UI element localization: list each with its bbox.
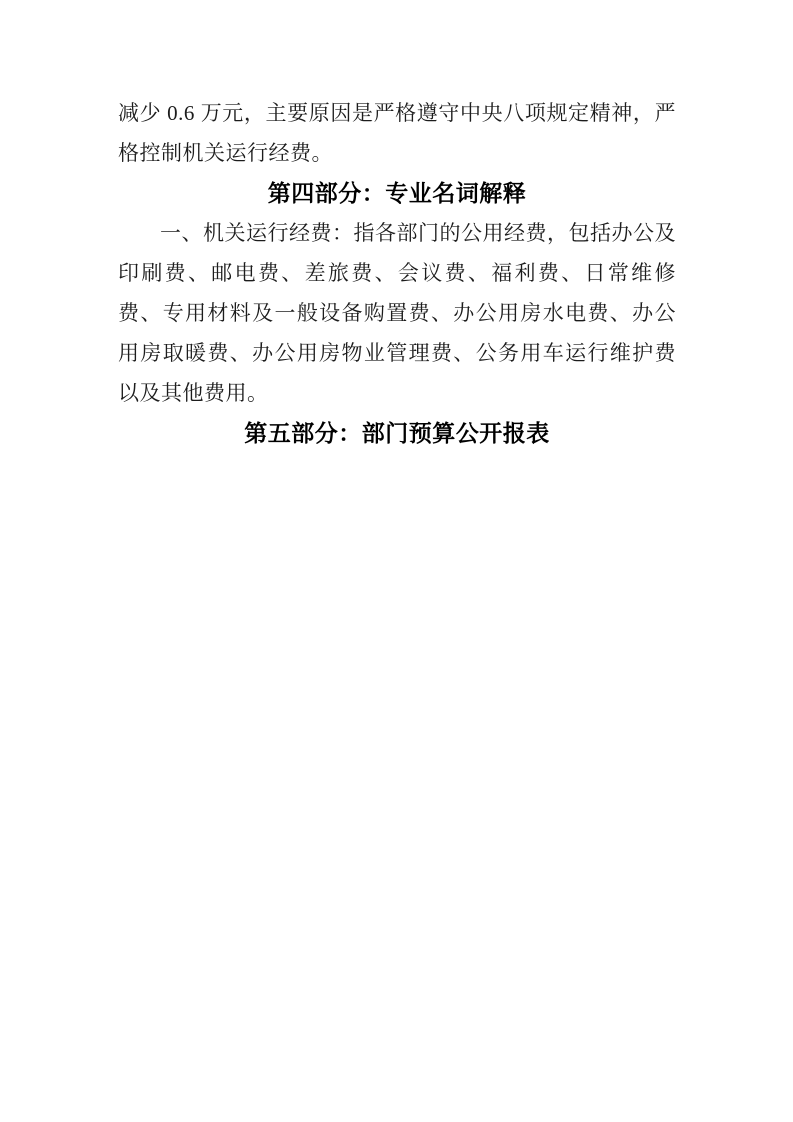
section-heading-part5: 第五部分：部门预算公开报表 (118, 413, 676, 453)
section-heading-part4: 第四部分：专业名词解释 (118, 173, 676, 213)
paragraph-continuation: 减少 0.6 万元，主要原因是严格遵守中央八项规定精神，严格控制机关运行经费。 (118, 93, 676, 173)
document-page: 减少 0.6 万元，主要原因是严格遵守中央八项规定精神，严格控制机关运行经费。 … (0, 0, 793, 1122)
document-content: 减少 0.6 万元，主要原因是严格遵守中央八项规定精神，严格控制机关运行经费。 … (118, 93, 676, 453)
paragraph-terms-definition: 一、机关运行经费：指各部门的公用经费，包括办公及印刷费、邮电费、差旅费、会议费、… (118, 213, 676, 413)
